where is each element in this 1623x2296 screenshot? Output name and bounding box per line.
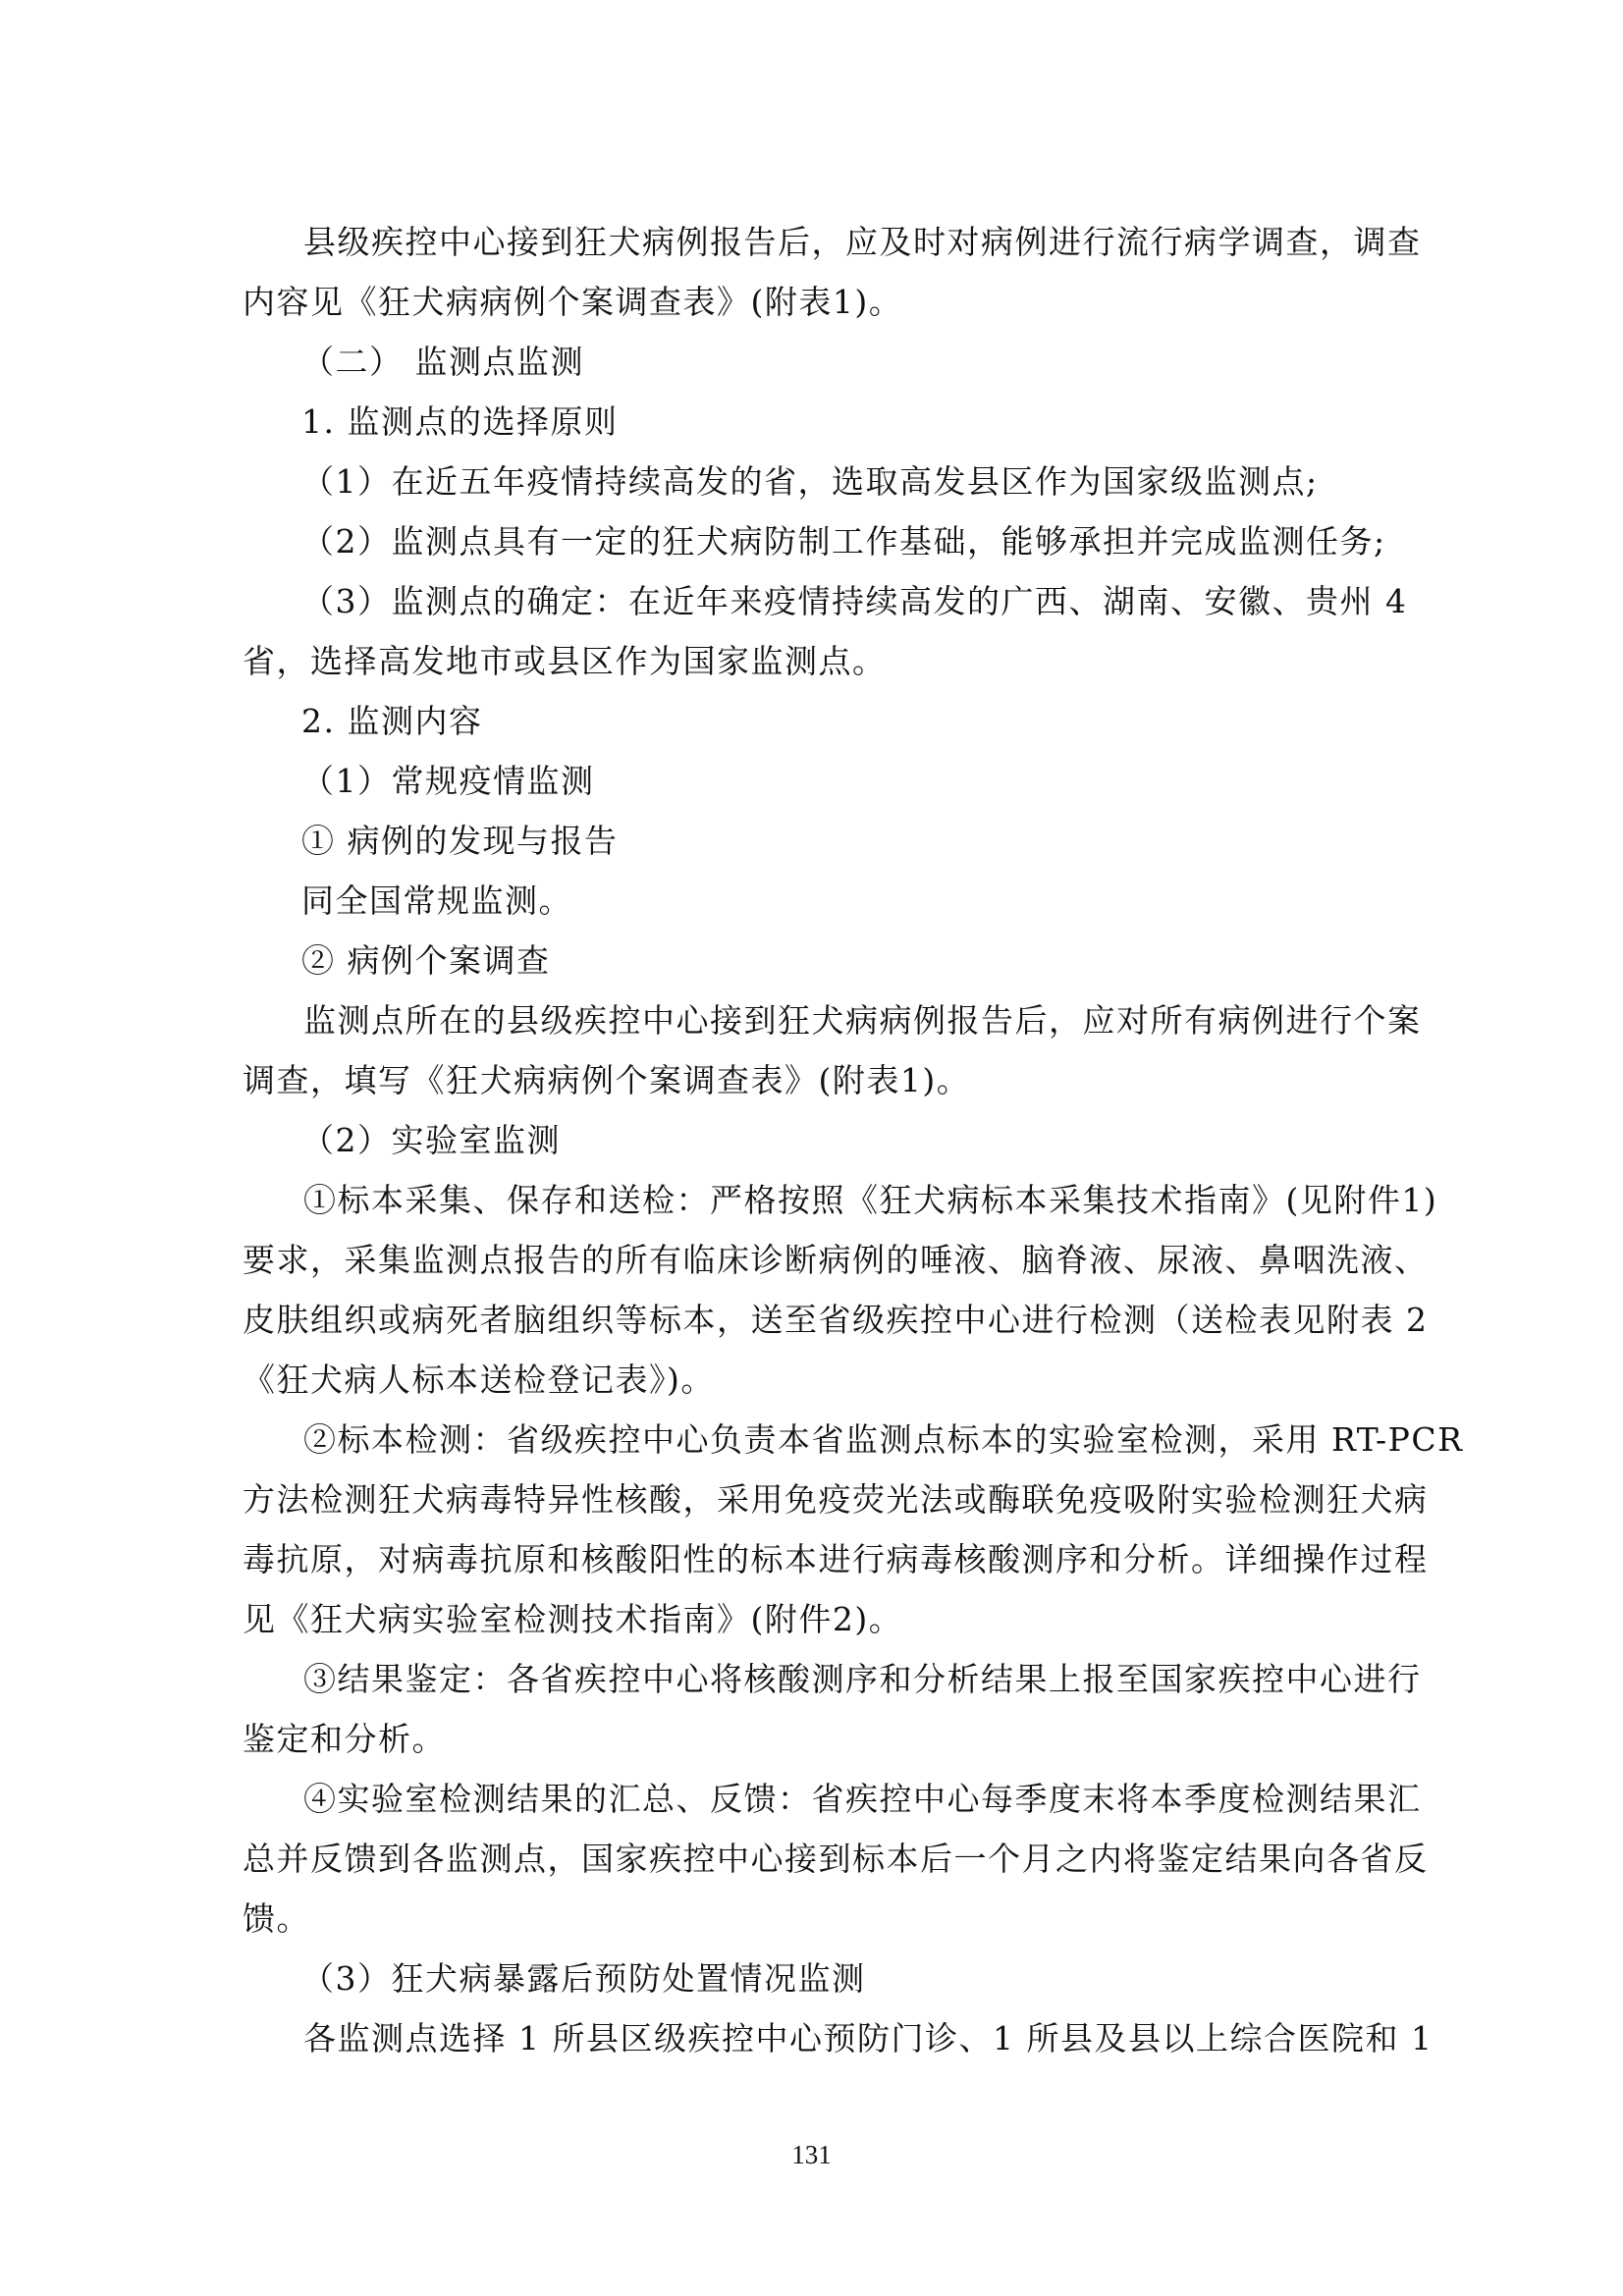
paragraph-line: 鉴定和分析。: [243, 1709, 1391, 1769]
page-number: 131: [0, 2140, 1623, 2170]
list-item: ② 病例个案调查: [243, 931, 1391, 990]
list-item: ① 病例的发现与报告: [243, 811, 1391, 871]
list-item: （3）监测点的确定：在近年来疫情持续高发的广西、湖南、安徽、贵州 4: [243, 571, 1391, 631]
paragraph-line: 调查，填写《狂犬病病例个案调查表》(附表1)。: [243, 1050, 1391, 1110]
subsection-heading: 2. 监测内容: [243, 691, 1391, 751]
subsection-heading: （3）狂犬病暴露后预防处置情况监测: [243, 1949, 1391, 2008]
subsection-heading: （2）实验室监测: [243, 1110, 1391, 1170]
document-page: 县级疾控中心接到狂犬病例报告后，应及时对病例进行流行病学调查，调查 内容见《狂犬…: [0, 0, 1623, 2296]
subsection-heading: （1）常规疫情监测: [243, 751, 1391, 811]
list-item: （1）在近五年疫情持续高发的省，选取高发县区作为国家级监测点;: [243, 452, 1391, 511]
paragraph-line: 馈。: [243, 1889, 1391, 1949]
paragraph-line: ③结果鉴定：各省疾控中心将核酸测序和分析结果上报至国家疾控中心进行: [243, 1649, 1391, 1709]
paragraph-line: 要求，采集监测点报告的所有临床诊断病例的唾液、脑脊液、尿液、鼻咽洗液、: [243, 1230, 1391, 1290]
subsection-heading: 1. 监测点的选择原则: [243, 392, 1391, 452]
body-text: 县级疾控中心接到狂犬病例报告后，应及时对病例进行流行病学调查，调查 内容见《狂犬…: [243, 212, 1391, 2068]
paragraph-line: 《狂犬病人标本送检登记表》)。: [243, 1350, 1391, 1410]
paragraph-line: 总并反馈到各监测点，国家疾控中心接到标本后一个月之内将鉴定结果向各省反: [243, 1829, 1391, 1889]
paragraph-line: 见《狂犬病实验室检测技术指南》(附件2)。: [243, 1589, 1391, 1649]
paragraph-line: 各监测点选择 1 所县区级疾控中心预防门诊、1 所县及县以上综合医院和 1: [243, 2008, 1391, 2068]
paragraph-line: ②标本检测：省级疾控中心负责本省监测点标本的实验室检测，采用 RT-PCR: [243, 1410, 1391, 1469]
paragraph-line: 同全国常规监测。: [243, 871, 1391, 931]
paragraph-line: ④实验室检测结果的汇总、反馈：省疾控中心每季度末将本季度检测结果汇: [243, 1769, 1391, 1829]
paragraph-line: 毒抗原，对病毒抗原和核酸阳性的标本进行病毒核酸测序和分析。详细操作过程: [243, 1529, 1391, 1589]
paragraph-line: ①标本采集、保存和送检：严格按照《狂犬病标本采集技术指南》(见附件1): [243, 1170, 1391, 1230]
paragraph-line: 方法检测狂犬病毒特异性核酸，采用免疫荧光法或酶联免疫吸附实验检测狂犬病: [243, 1469, 1391, 1529]
paragraph-line: 省，选择高发地市或县区作为国家监测点。: [243, 631, 1391, 691]
paragraph-line: 县级疾控中心接到狂犬病例报告后，应及时对病例进行流行病学调查，调查: [243, 212, 1391, 272]
paragraph-line: 监测点所在的县级疾控中心接到狂犬病病例报告后，应对所有病例进行个案: [243, 990, 1391, 1050]
paragraph-line: 皮肤组织或病死者脑组织等标本，送至省级疾控中心进行检测（送检表见附表 2: [243, 1290, 1391, 1350]
section-heading: （二） 监测点监测: [243, 332, 1391, 392]
paragraph-line: 内容见《狂犬病病例个案调查表》(附表1)。: [243, 272, 1391, 332]
list-item: （2）监测点具有一定的狂犬病防制工作基础，能够承担并完成监测任务;: [243, 511, 1391, 571]
